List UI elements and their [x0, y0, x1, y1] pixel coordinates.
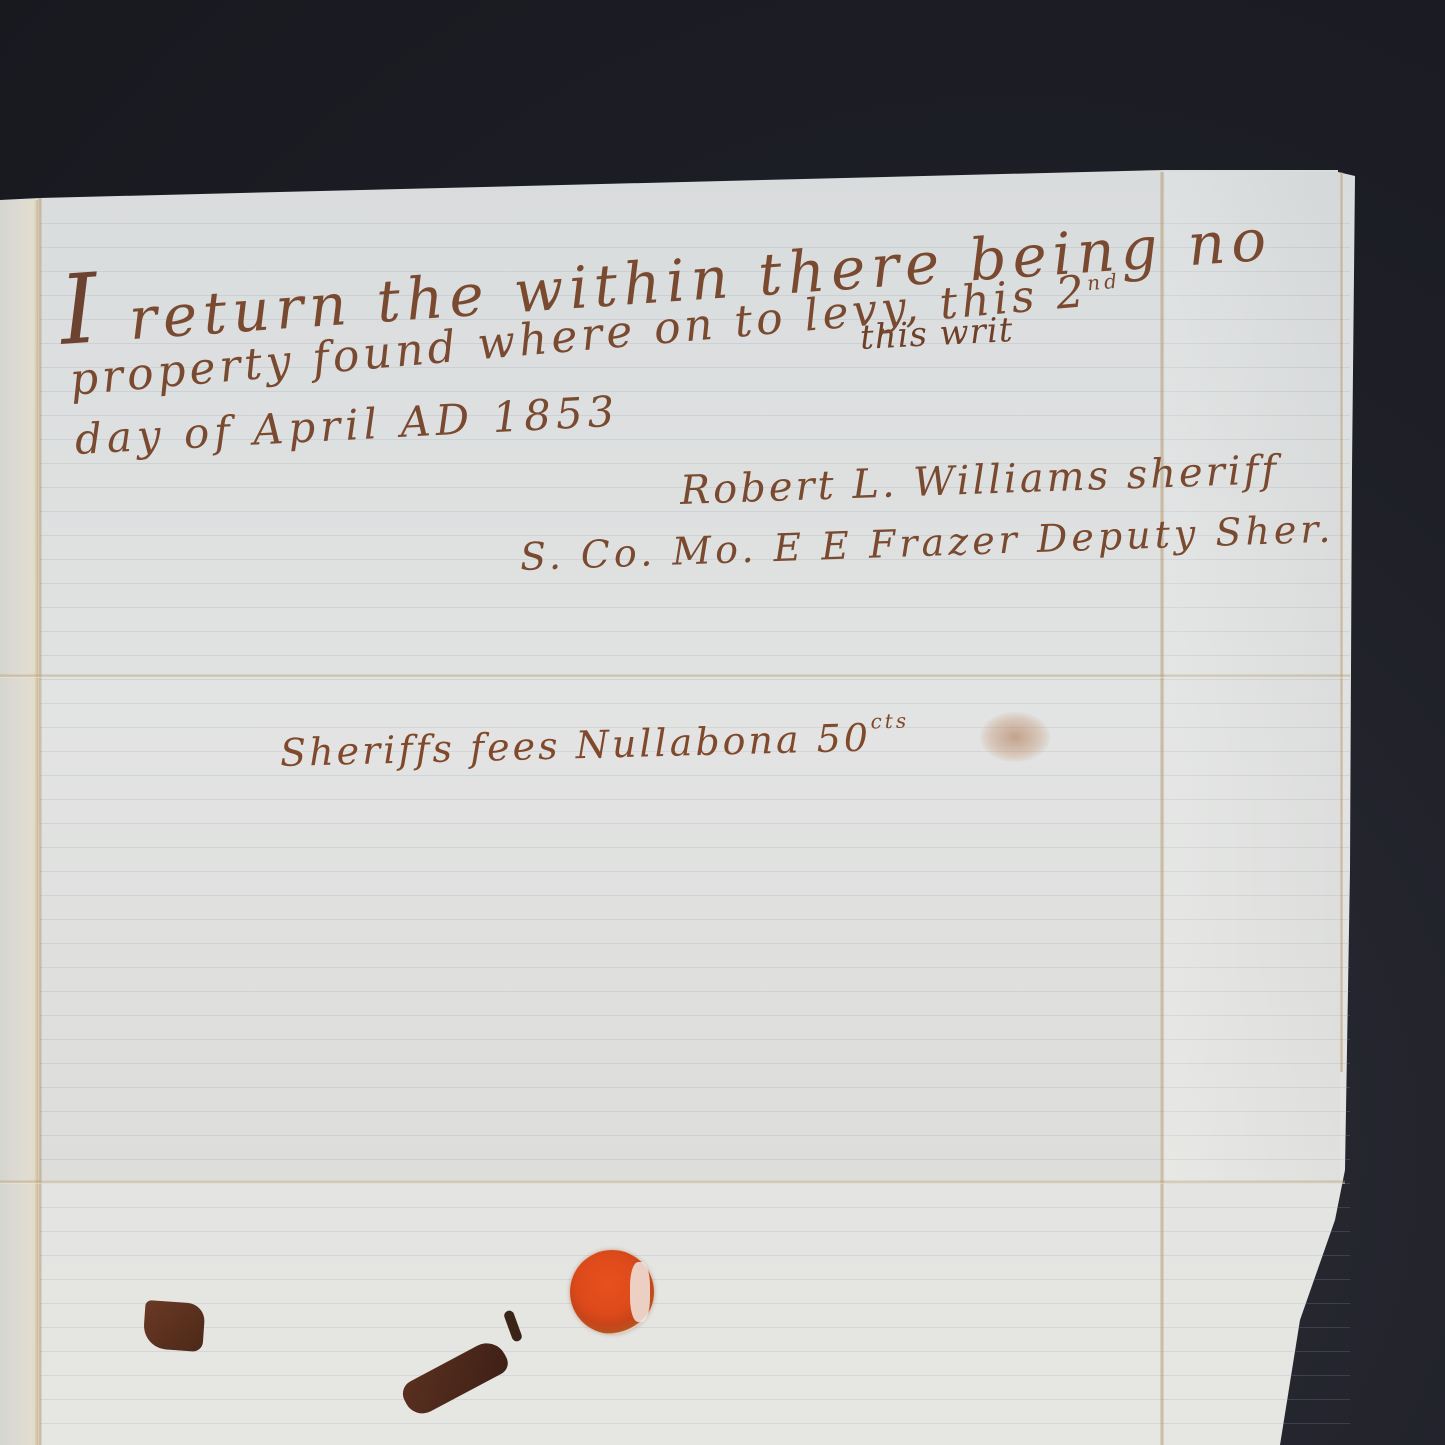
- fold-crease-middle: [0, 674, 1350, 678]
- ink-stain: [980, 712, 1050, 762]
- date-day: 2: [1054, 266, 1090, 320]
- fees-unit: cts: [870, 709, 909, 734]
- seal-worn-area: [630, 1262, 650, 1322]
- fold-edge-right: [1340, 172, 1343, 1072]
- fold-crease-left: [38, 198, 42, 1445]
- left-folded-panel: [0, 200, 38, 1445]
- photo-scene: I return the within there being no this …: [0, 0, 1445, 1445]
- fold-crease-right: [1160, 172, 1164, 1445]
- fold-crease-lower: [0, 1180, 1345, 1184]
- date-suffix: nd: [1086, 268, 1122, 295]
- wax-remnant-1: [142, 1300, 205, 1352]
- initial-letter: I: [56, 252, 108, 367]
